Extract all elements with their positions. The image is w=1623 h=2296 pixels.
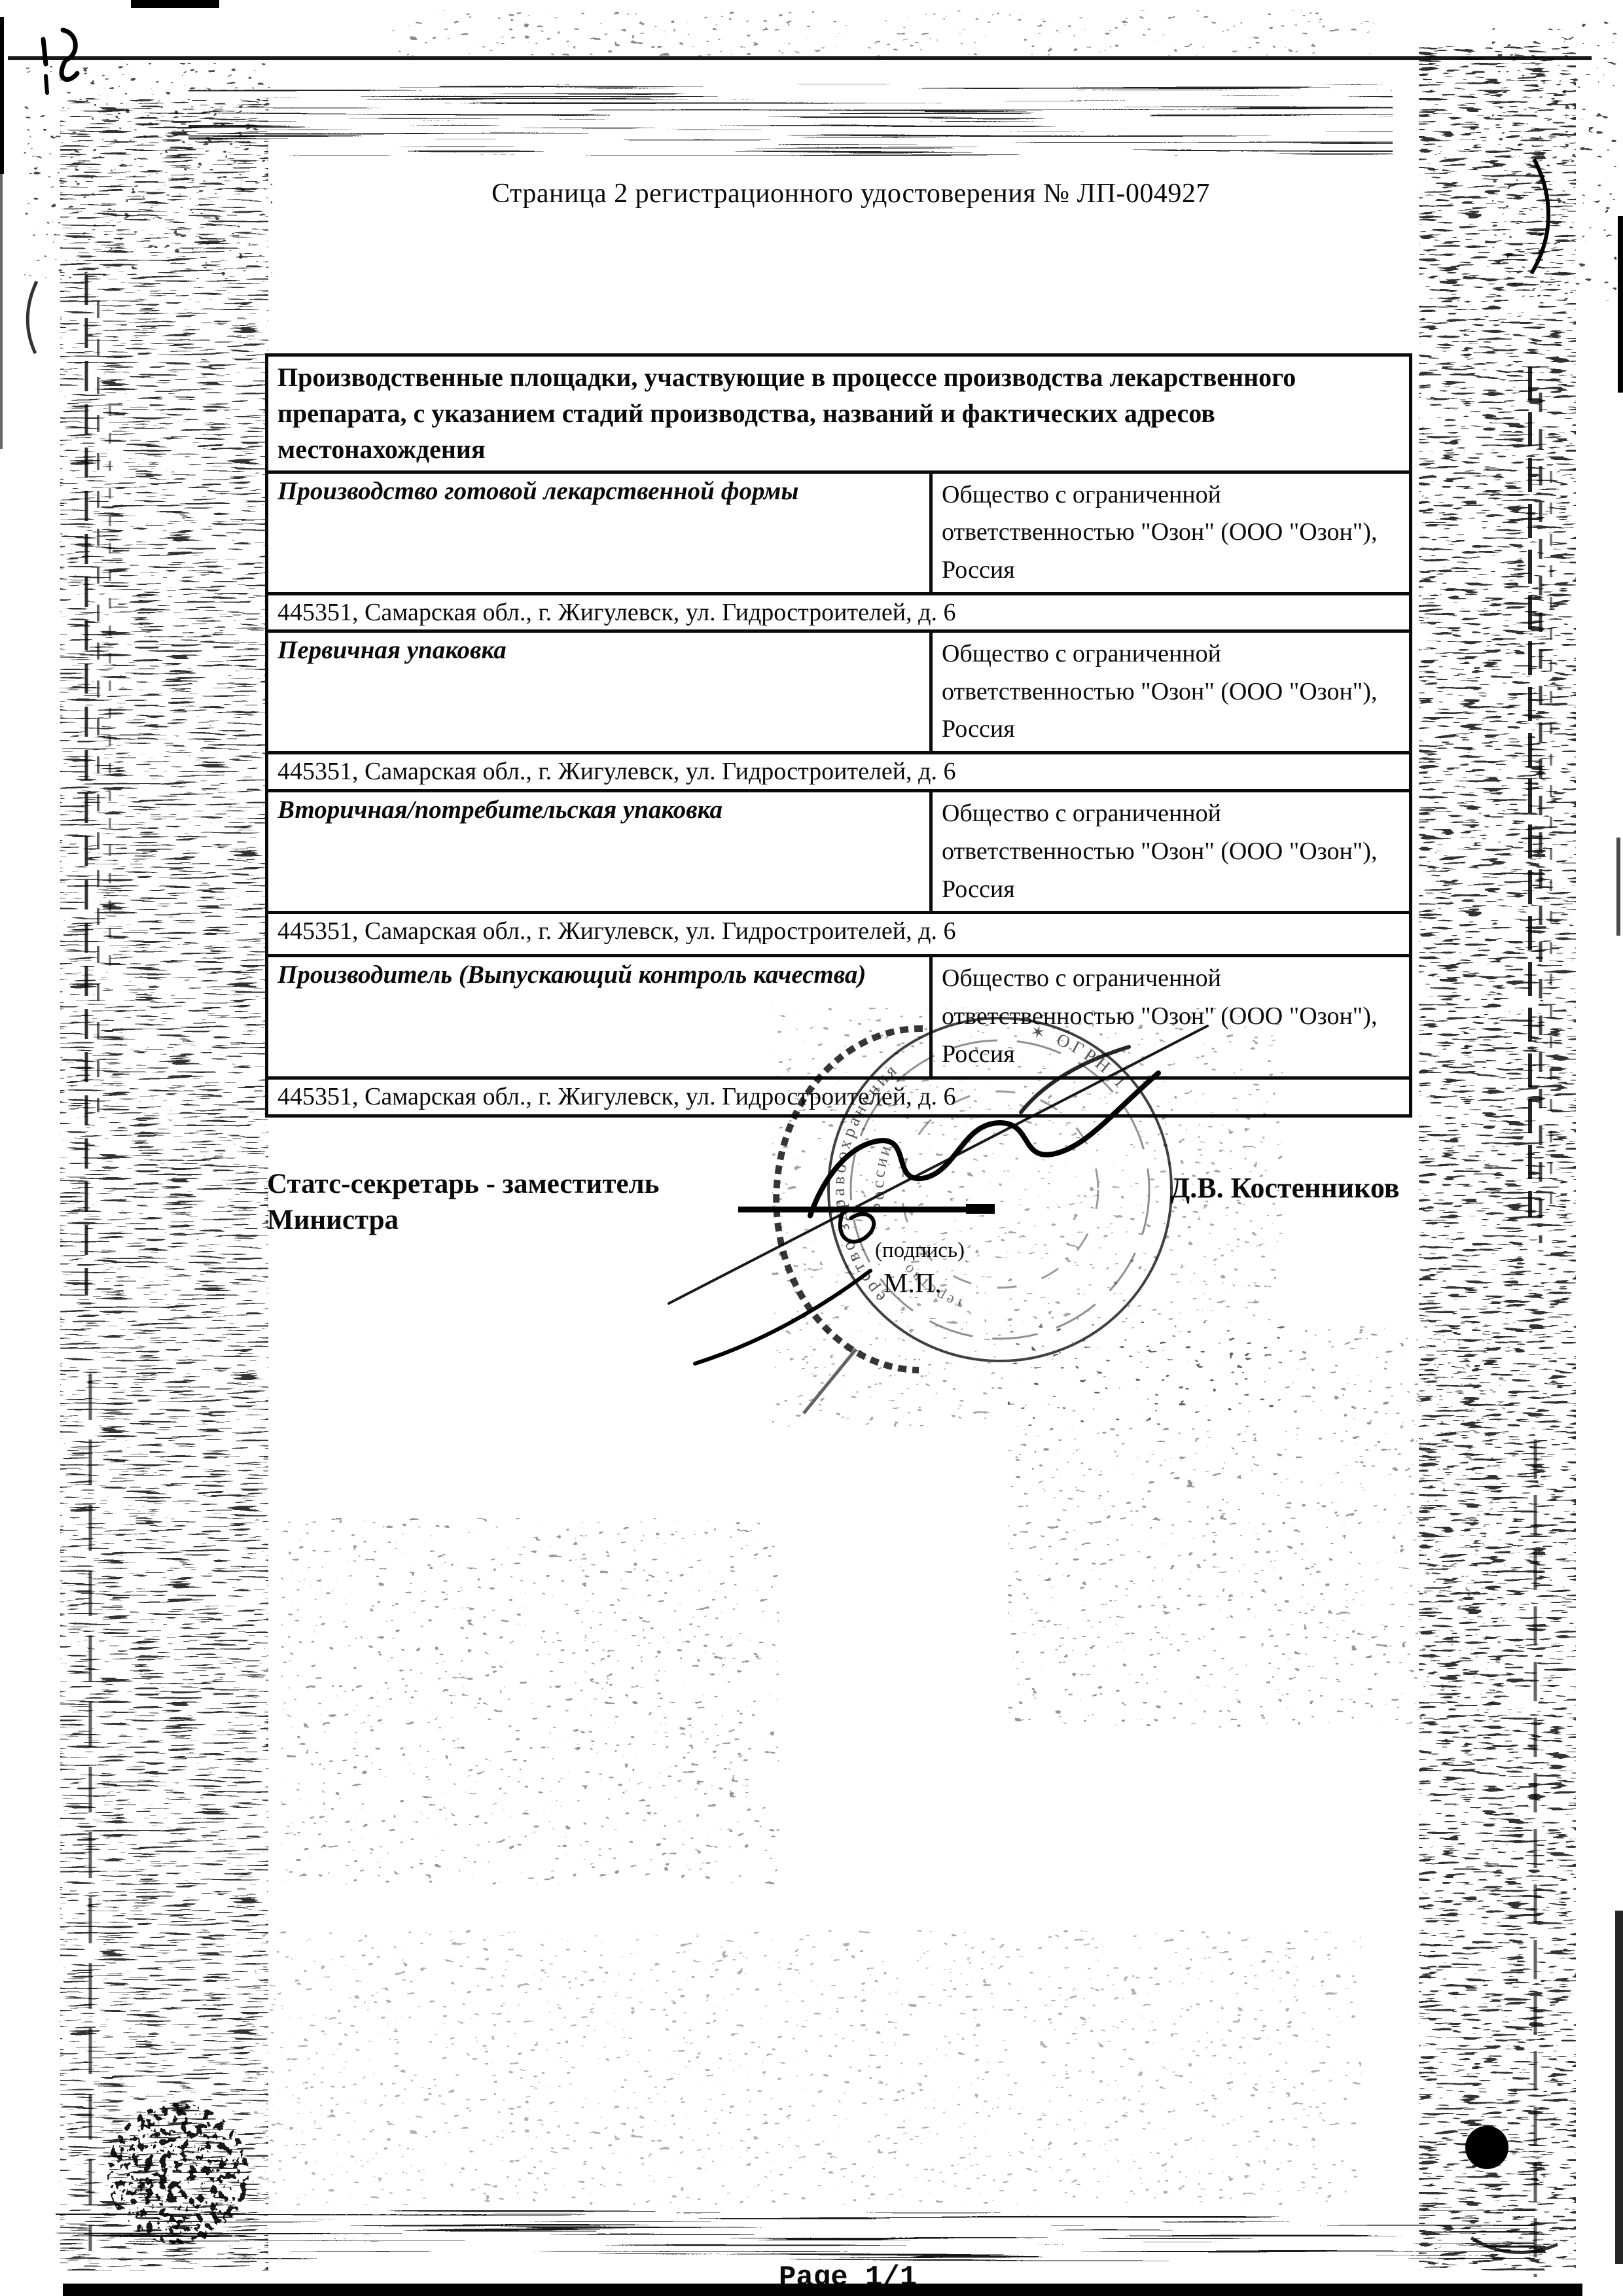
company-cell: Общество с ограниченной ответственностью… <box>931 956 1411 1078</box>
company-cell: Общество с ограниченной ответственностью… <box>931 631 1411 752</box>
signatory-position-label: Статс-секретарь - заместитель Министра <box>267 1166 673 1238</box>
scan-ink-overlay: ерство здравоохранения ✶ ОГРН 1 России т… <box>0 0 1623 2296</box>
page-title: Страница 2 регистрационного удостоверени… <box>419 178 1283 209</box>
address-cell: 445351, Самарская обл., г. Жигулевск, ул… <box>267 593 1411 631</box>
stage-cell: Первичная упаковка <box>267 631 931 752</box>
production-sites-table: Производственные площадки, участвующие в… <box>265 353 1412 1118</box>
address-cell: 445351, Самарская обл., г. Жигулевск, ул… <box>267 1078 1411 1116</box>
scan-noise-bands <box>24 10 1616 2270</box>
page-indicator: Page 1/1 <box>779 2261 917 2294</box>
table-row: 445351, Самарская обл., г. Жигулевск, ул… <box>267 1078 1411 1116</box>
stage-cell: Производитель (Выпускающий контроль каче… <box>267 956 931 1078</box>
scan-edge-artifacts <box>0 0 1623 2296</box>
company-cell: Общество с ограниченной ответственностью… <box>931 791 1411 913</box>
stamp-arc-text: России <box>868 1140 896 1213</box>
address-cell: 445351, Самарская обл., г. Жигулевск, ул… <box>267 753 1411 791</box>
signatory-name: Д.В. Костенников <box>1170 1171 1400 1205</box>
company-cell: Общество с ограниченной ответственностью… <box>931 472 1411 593</box>
table-row: 445351, Самарская обл., г. Жигулевск, ул… <box>267 913 1411 956</box>
signature-line <box>738 1207 995 1212</box>
table-row: 445351, Самарская обл., г. Жигулевск, ул… <box>267 593 1411 631</box>
stage-cell: Вторичная/потребительская упаковка <box>267 791 931 913</box>
table-row: Производство готовой лекарственной формы… <box>267 472 1411 593</box>
scanned-certificate-page: Страница 2 регистрационного удостоверени… <box>0 0 1623 2296</box>
address-cell: 445351, Самарская обл., г. Жигулевск, ул… <box>267 913 1411 956</box>
signature-caption: (подпись) <box>875 1239 965 1263</box>
table-header-cell: Производственные площадки, участвующие в… <box>267 355 1411 472</box>
table-row: Вторичная/потребительская упаковка Общес… <box>267 791 1411 913</box>
stage-cell: Производство готовой лекарственной формы <box>267 472 931 593</box>
handwritten-mark <box>43 30 77 93</box>
seal-place-caption: М.П. <box>883 1268 942 1299</box>
noise-blob <box>107 2103 249 2244</box>
table-row: Производитель (Выпускающий контроль каче… <box>267 956 1411 1078</box>
table-row: 445351, Самарская обл., г. Жигулевск, ул… <box>267 753 1411 791</box>
table-row: Первичная упаковка Общество с ограниченн… <box>267 631 1411 752</box>
table-header-row: Производственные площадки, участвующие в… <box>267 355 1411 472</box>
punch-hole-mark <box>1465 2126 1508 2169</box>
